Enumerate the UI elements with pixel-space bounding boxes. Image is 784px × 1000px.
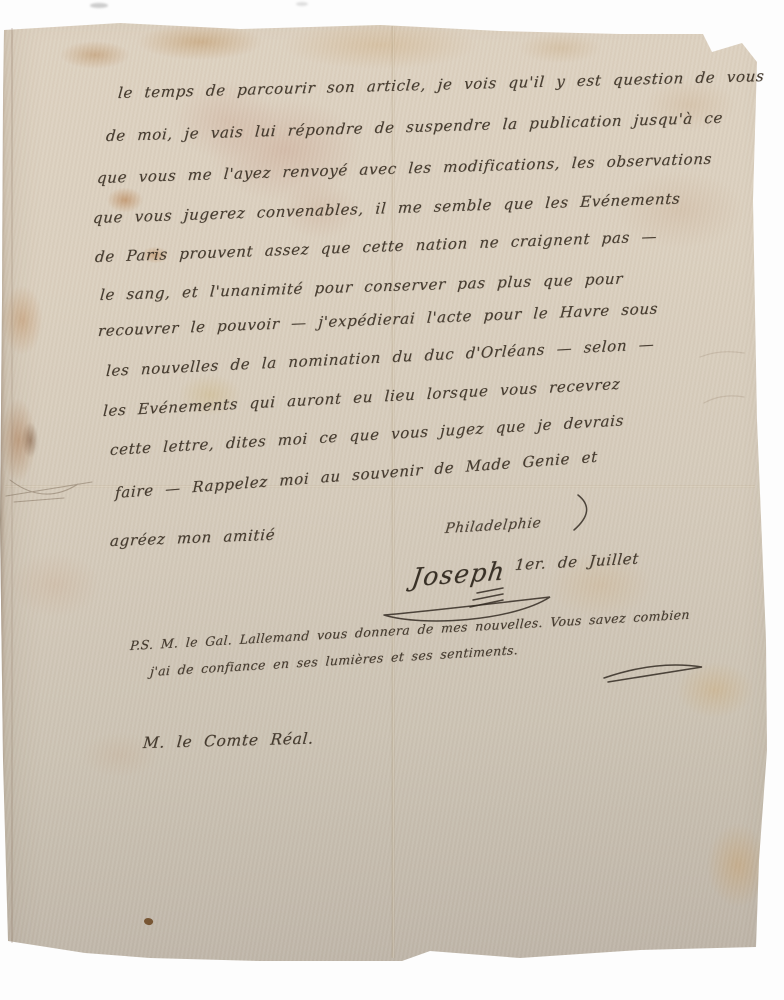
photo-background: le temps de parcourir son article, je vo… — [0, 0, 784, 1000]
verso-showthrough-mark — [4, 472, 99, 510]
closing-flourish — [552, 492, 600, 534]
background-smudge — [296, 2, 308, 6]
background-smudge — [90, 3, 108, 8]
verso-showthrough-right — [696, 345, 751, 435]
postscript-flourish — [598, 658, 708, 686]
